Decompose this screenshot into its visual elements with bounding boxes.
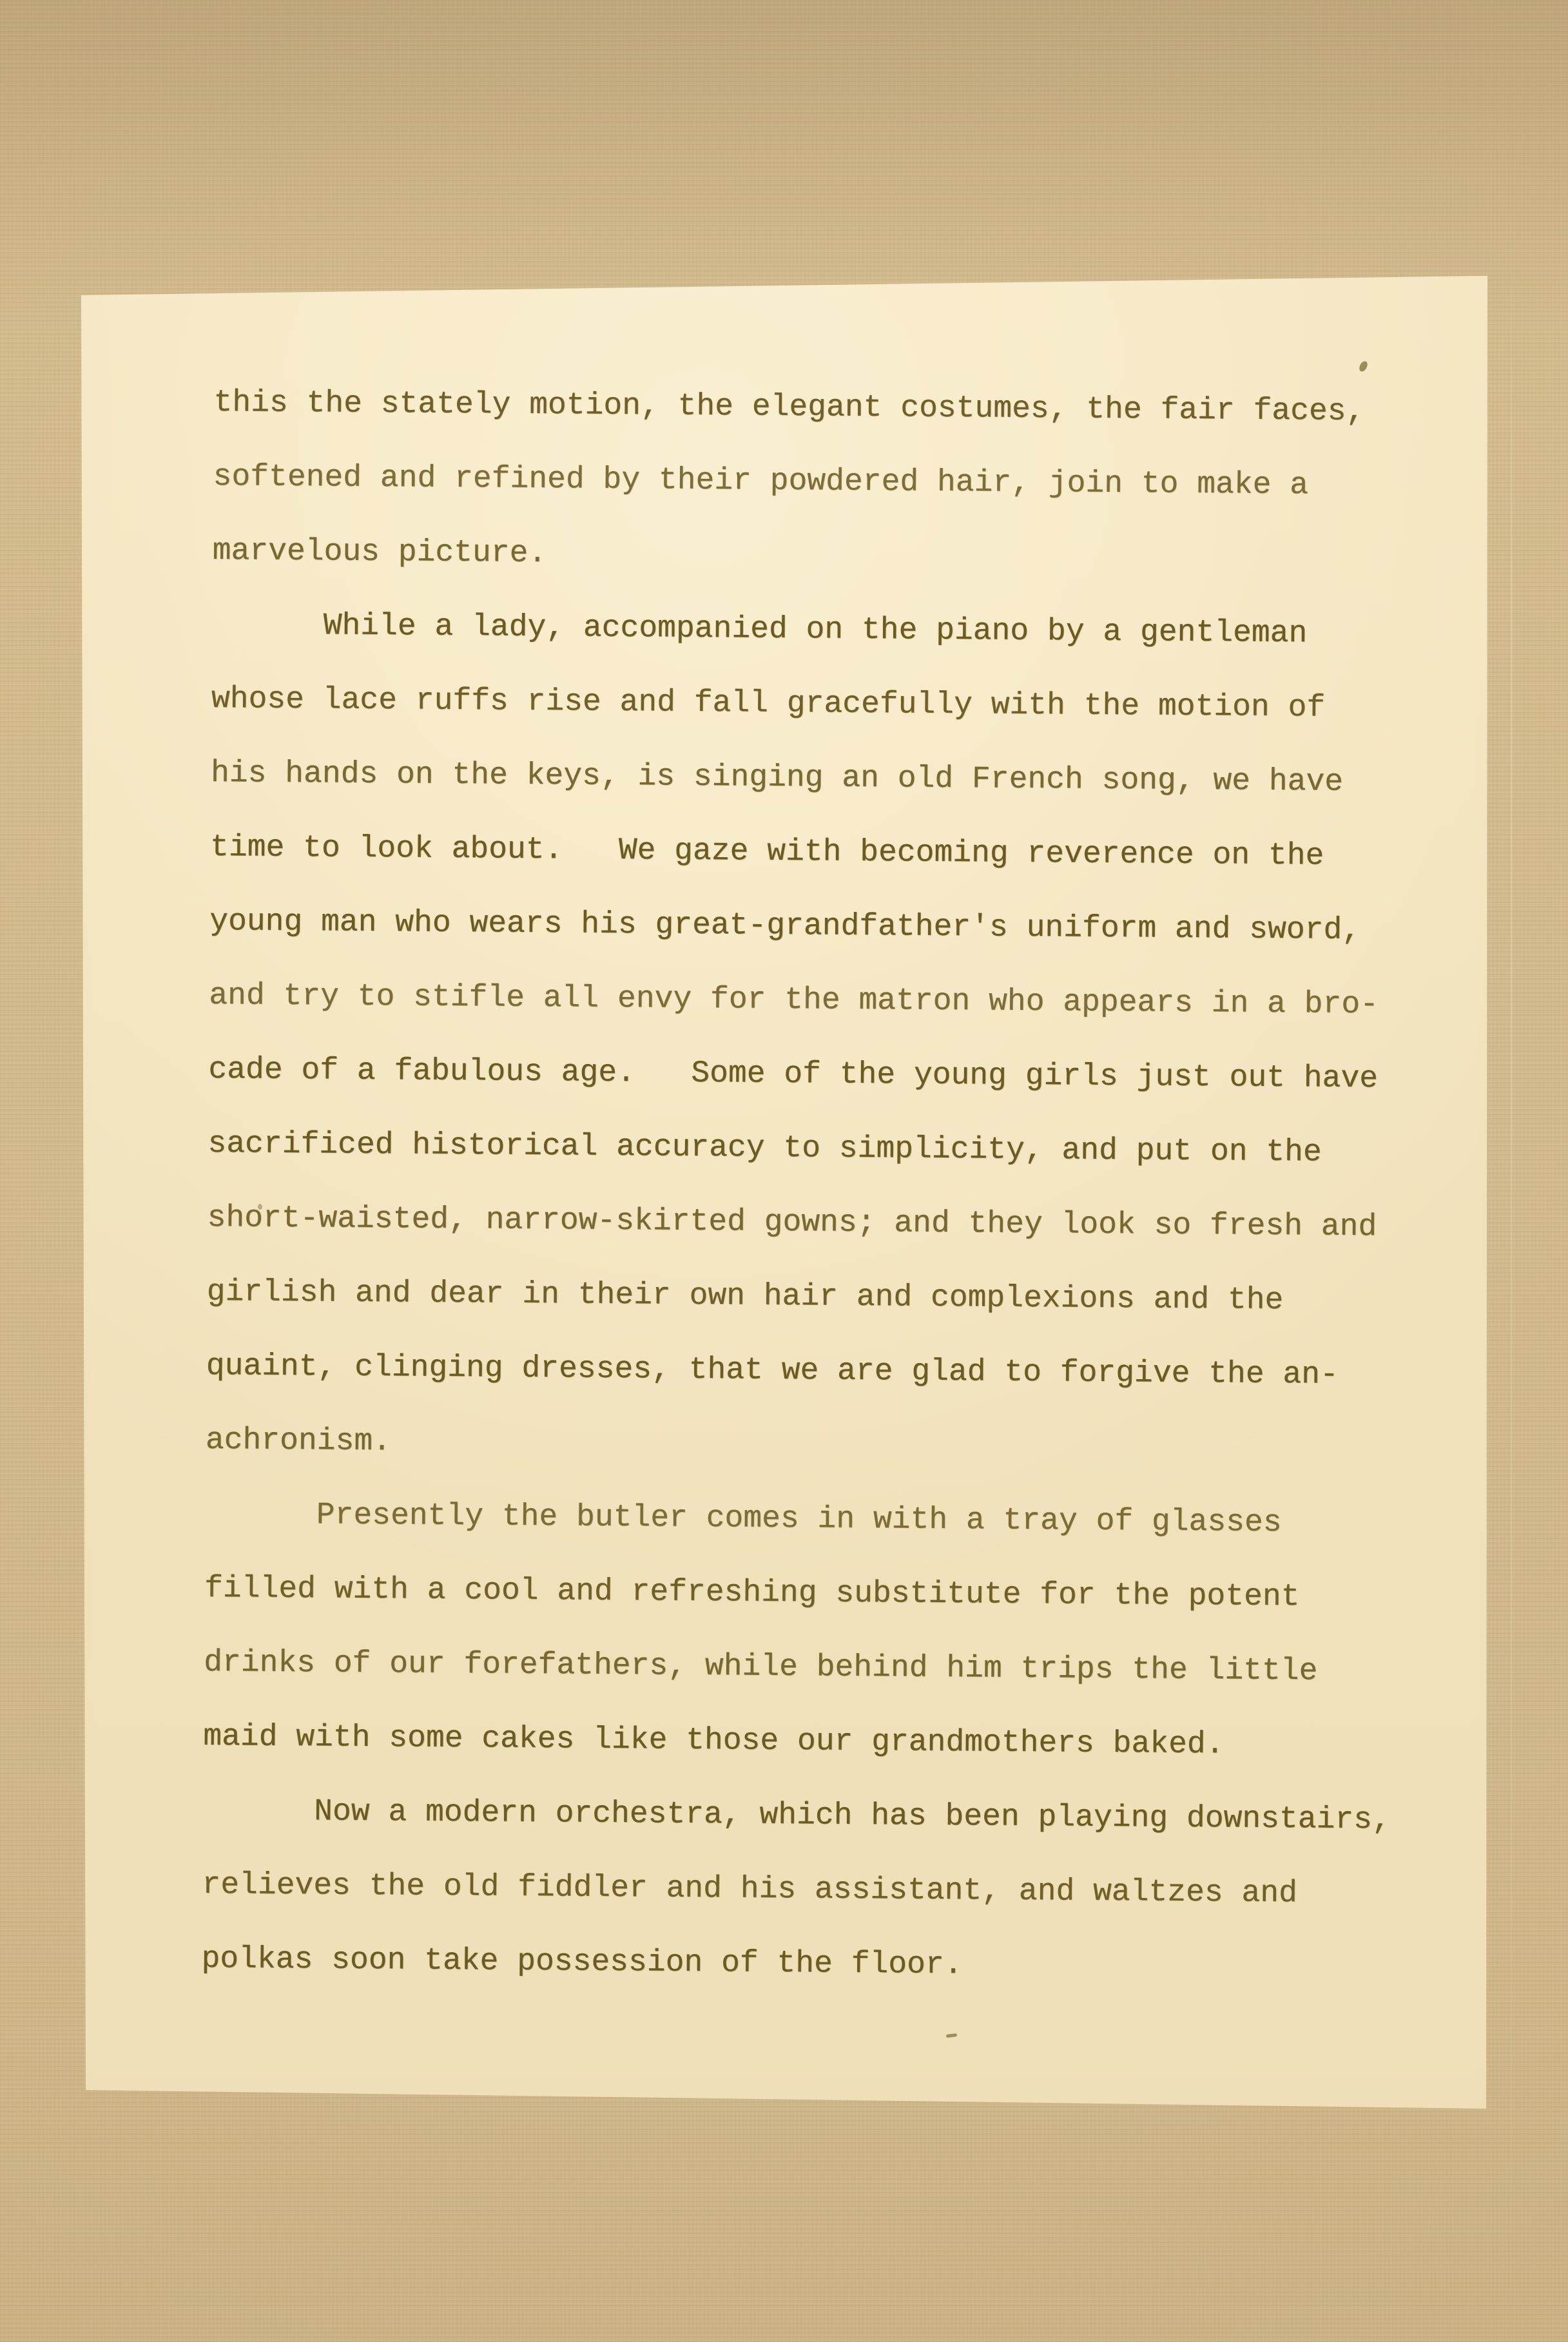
typed-text-block: this the stately motion, the elegant cos… (201, 366, 1496, 2007)
typed-line: time to look about. We gaze with becomin… (210, 811, 1493, 895)
typed-line: While a lady, accompanied on the piano b… (211, 588, 1495, 673)
typed-line: polkas soon take possession of the floor… (201, 1922, 1484, 2007)
typed-line: and try to stifle all envy for the matro… (209, 959, 1492, 1043)
ink-speck (258, 1204, 262, 1210)
typed-line: maid with some cakes like those our gran… (203, 1700, 1486, 1785)
mat-crease-line (1511, 232, 1513, 2342)
typed-line: whose lace ruffs rise and fall gracefull… (211, 663, 1494, 747)
typed-line: sacrificed historical accuracy to simpli… (208, 1107, 1491, 1192)
typed-line: drinks of our forefathers, while behind … (204, 1626, 1487, 1710)
typed-line: this the stately motion, the elegant cos… (213, 366, 1496, 450)
typed-line: filled with a cool and refreshing substi… (204, 1552, 1487, 1636)
typed-line: softened and refined by their powdered h… (213, 440, 1496, 525)
typed-line: girlish and dear in their own hair and c… (206, 1255, 1489, 1340)
typed-line: achronism. (205, 1404, 1488, 1488)
typed-line: quaint, clinging dresses, that we are gl… (206, 1330, 1489, 1414)
typed-line: Presently the butler comes in with a tra… (205, 1478, 1488, 1562)
typed-line: marvelous picture. (212, 514, 1495, 599)
scanned-document-photo: this the stately motion, the elegant cos… (0, 0, 1568, 2342)
typed-line: relieves the old fiddler and his assista… (202, 1848, 1485, 1933)
typed-line: his hands on the keys, is singing an old… (211, 737, 1494, 821)
typed-line: Now a modern orchestra, which has been p… (202, 1774, 1486, 1859)
typed-line: cade of a fabulous age. Some of the youn… (208, 1033, 1491, 1118)
typed-line: short-waisted, narrow-skirted gowns; and… (207, 1181, 1490, 1266)
typed-line: young man who wears his great-grandfathe… (209, 885, 1493, 969)
